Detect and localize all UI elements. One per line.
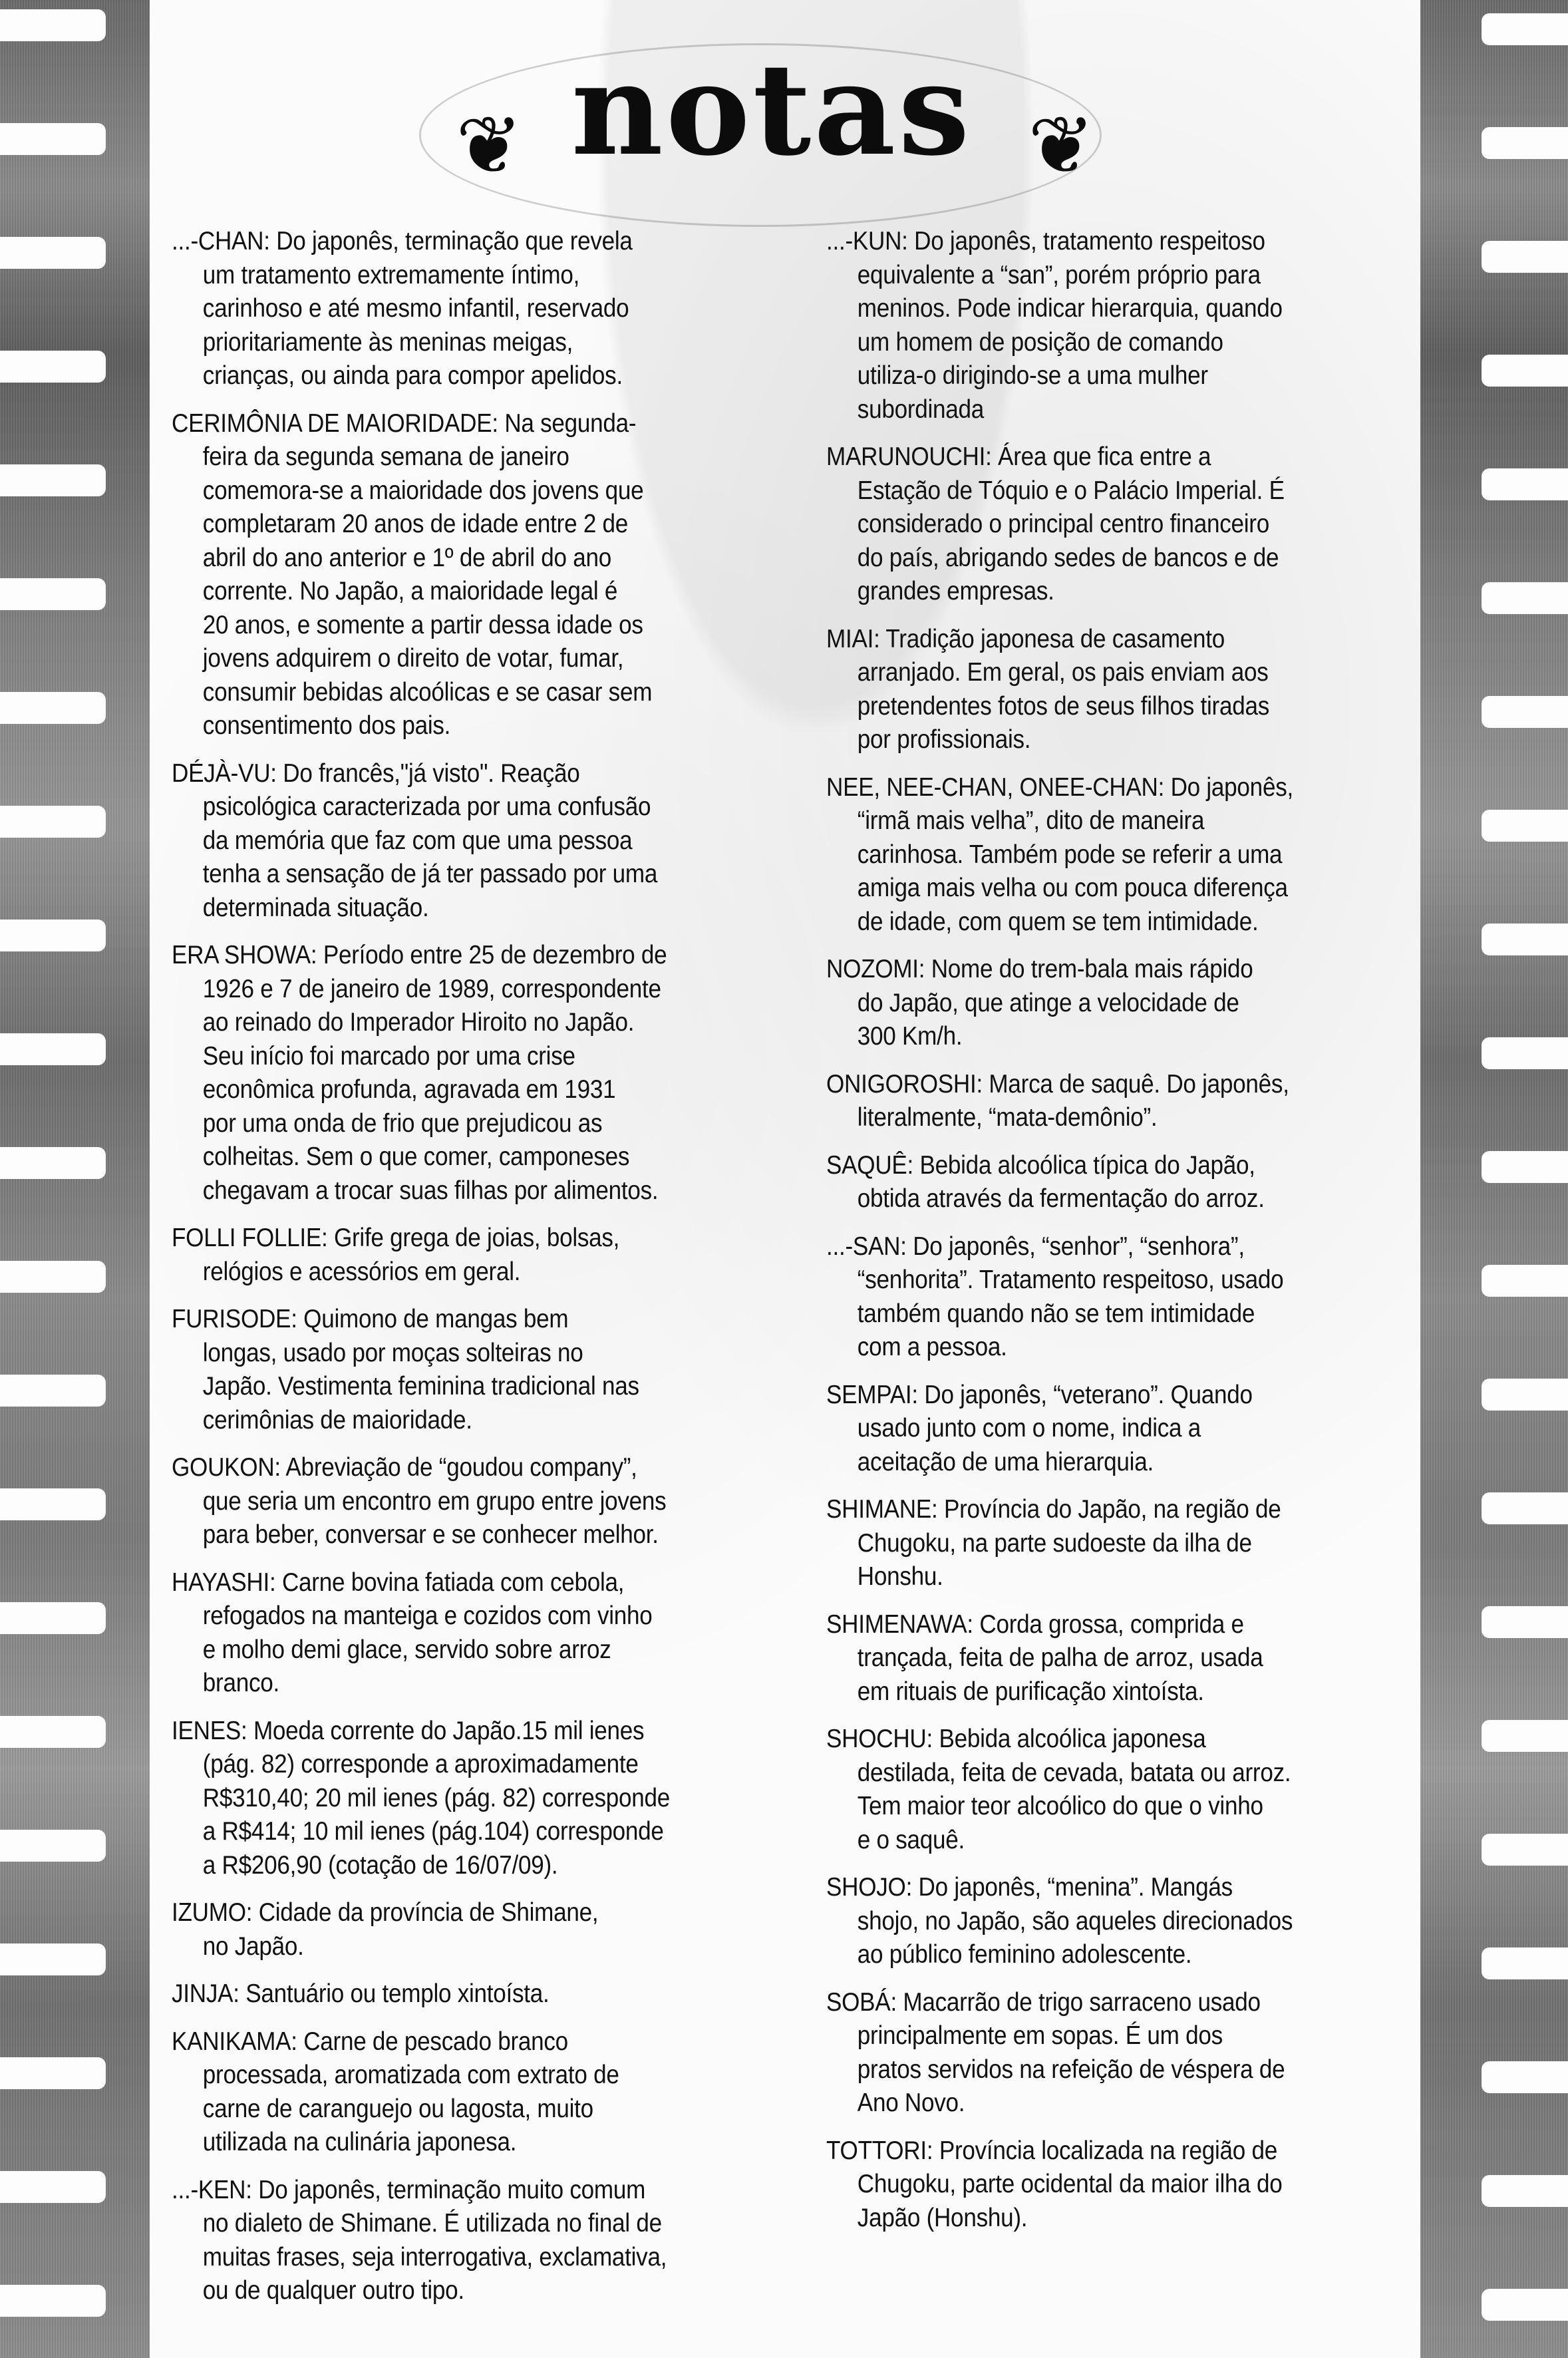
glossary-definition-line: em rituais de purificação xintoísta. [826,1675,1353,1709]
film-perforation [1482,1720,1568,1752]
film-perforation [0,1716,106,1748]
glossary-definition-line: carinhosa. Também pode se referir a uma [826,838,1353,872]
glossary-definition-line: utilizada na culinária japonesa. [172,2126,710,2160]
glossary-definition-line: feira da segunda semana de janeiro [172,440,710,474]
glossary-definition-line: processada, aromatizada com extrato de [172,2059,710,2093]
glossary-entry: TOTTORI: Província localizada na região … [826,2134,1412,2236]
glossary-definition-line: Seu início foi marcado por uma crise [172,1040,710,1074]
glossary-definition-line: e o saquê. [826,1824,1353,1858]
glossary-definition-line: longas, usado por moças solteiras no [172,1337,710,1371]
film-perforation [0,237,106,269]
film-perforation [1482,2289,1568,2321]
film-strip-left [0,0,150,2358]
glossary-entry: KANIKAMA: Carne de pescado brancoprocess… [172,2025,770,2160]
film-perforation [0,1375,106,1407]
glossary-definition-line: e molho demi glace, servido sobre arroz [172,1633,710,1667]
glossary-definition-line: Japão (Honshu). [826,2202,1353,2236]
glossary-definition-line: consentimento dos pais. [172,709,710,743]
glossary-definition-line: determinada situação. [172,892,710,926]
glossary-definition-line: chegavam a trocar suas filhas por alimen… [172,1174,710,1208]
glossary-definition-line: (pág. 82) corresponde a aproximadamente [172,1748,710,1782]
glossary-term-line: DÉJÀ-VU: Do francês,"já visto". Reação [172,757,710,791]
glossary-entry: SEMPAI: Do japonês, “veterano”. Quandous… [826,1379,1412,1480]
glossary-definition-line: um tratamento extremamente íntimo, [172,259,710,293]
film-perforation [0,1488,106,1520]
glossary-entry: SHOCHU: Bebida alcoólica japonesadestila… [826,1723,1412,1857]
glossary-term-line: IZUMO: Cidade da província de Shimane, [172,1896,710,1930]
glossary-entry: SHOJO: Do japonês, “menina”. Mangásshojo… [826,1871,1412,1972]
glossary-definition-line: carne de caranguejo ou lagosta, muito [172,2093,710,2126]
glossary-definition-line: abril do ano anterior e 1º de abril do a… [172,542,710,576]
glossary-definition-line: jovens adquirem o direito de votar, fuma… [172,642,710,676]
glossary-entry: MIAI: Tradição japonesa de casamentoarra… [826,623,1412,757]
film-perforation [0,1147,106,1179]
glossary-entry: SAQUÊ: Bebida alcoólica típica do Japão,… [826,1149,1412,1216]
glossary-definition-line: destilada, feita de cevada, batata ou ar… [826,1757,1353,1790]
glossary-entry: NEE, NEE-CHAN, ONEE-CHAN: Do japonês,“ir… [826,771,1412,939]
glossary-definition-line: utiliza-o dirigindo-se a uma mulher [826,359,1353,393]
glossary-definition-line: da memória que faz com que uma pessoa [172,824,710,858]
glossary-term-line: SHIMENAWA: Corda grossa, comprida e [826,1608,1353,1642]
film-perforation [1482,2175,1568,2207]
film-perforation [1482,696,1568,728]
glossary-definition-line: a R$414; 10 mil ienes (pág.104) correspo… [172,1815,710,1849]
film-perforation [1482,1151,1568,1183]
glossary-term-line: MIAI: Tradição japonesa de casamento [826,623,1353,657]
glossary-definition-line: ao público feminino adolescente. [826,1938,1353,1972]
glossary-entry: SHIMANE: Província do Japão, na região d… [826,1493,1412,1594]
glossary-definition-line: também quando não se tem intimidade [826,1297,1353,1331]
film-perforation [0,9,106,41]
glossary-definition-line: principalmente em sopas. É um dos [826,2019,1353,2053]
film-perforation [0,351,106,383]
glossary-definition-line: corrente. No Japão, a maioridade legal é [172,575,710,609]
glossary-entry: MARUNOUCHI: Área que fica entre aEstação… [826,440,1412,609]
glossary-definition-line: ao reinado do Imperador Hiroito no Japão… [172,1006,710,1040]
glossary-term-line: NEE, NEE-CHAN, ONEE-CHAN: Do japonês, [826,771,1353,805]
glossary-definition-line: de idade, com quem se tem intimidade. [826,906,1353,939]
glossary-definition-line: carinhoso e até mesmo infantil, reservad… [172,292,710,326]
glossary-entry: IZUMO: Cidade da província de Shimane,no… [172,1896,770,1963]
glossary-term-line: FOLLI FOLLIE: Grife grega de joias, bols… [172,1222,710,1256]
glossary-term-line: TOTTORI: Província localizada na região … [826,2134,1353,2168]
glossary-definition-line: que seria um encontro em grupo entre jov… [172,1485,710,1519]
glossary-definition-line: “senhorita”. Tratamento respeitoso, usad… [826,1263,1353,1297]
glossary-definition-line: Japão. Vestimenta feminina tradicional n… [172,1370,710,1404]
glossary-definition-line: Honshu. [826,1560,1353,1594]
film-perforation [1482,810,1568,842]
glossary-definition-line: tenha a sensação de já ter passado por u… [172,858,710,892]
glossary-entry: SOBÁ: Macarrão de trigo sarraceno usadop… [826,1986,1412,2120]
film-perforation [0,806,106,838]
film-strip-right [1420,0,1568,2358]
glossary-page: ❦ notas ❦ ...-CHAN: Do japonês, terminaç… [0,0,1568,2358]
film-perforation [0,2057,106,2089]
glossary-term-line: ERA SHOWA: Período entre 25 de dezembro … [172,939,710,973]
glossary-entry: NOZOMI: Nome do trem-bala mais rápidodo … [826,953,1412,1054]
glossary-term-line: SEMPAI: Do japonês, “veterano”. Quando [826,1379,1353,1413]
film-perforation [0,2171,106,2203]
glossary-term-line: MARUNOUCHI: Área que fica entre a [826,440,1353,474]
glossary-definition-line: relógios e acessórios em geral. [172,1256,710,1289]
glossary-term-line: SHOJO: Do japonês, “menina”. Mangás [826,1871,1353,1905]
film-perforation [1482,1037,1568,1069]
glossary-entry: ...-SAN: Do japonês, “senhor”, “senhora”… [826,1230,1412,1365]
film-perforation [1482,1947,1568,1979]
page-header: ❦ notas ❦ [373,20,1171,180]
film-perforation [1482,582,1568,614]
glossary-definition-line: aceitação de uma hierarquia. [826,1446,1353,1480]
glossary-definition-line: completaram 20 anos de idade entre 2 de [172,508,710,542]
glossary-term-line: ...-CHAN: Do japonês, terminação que rev… [172,225,710,259]
glossary-definition-line: shojo, no Japão, são aqueles direcionado… [826,1905,1353,1939]
glossary-entry: JINJA: Santuário ou templo xintoísta. [172,1977,770,2011]
film-perforation [1482,1379,1568,1411]
film-perforation [1482,355,1568,387]
glossary-definition-line: consumir bebidas alcoólicas e se casar s… [172,676,710,710]
film-perforation [1482,2061,1568,2093]
film-perforation [1482,127,1568,159]
glossary-definition-line: por uma onda de frio que prejudicou as [172,1107,710,1141]
glossary-entry: CERIMÔNIA DE MAIORIDADE: Na segunda-feir… [172,407,770,743]
glossary-definition-line: usado junto com o nome, indica a [826,1412,1353,1446]
glossary-entry: ...-KEN: Do japonês, terminação muito co… [172,2174,770,2308]
glossary-definition-line: a R$206,90 (cotação de 16/07/09). [172,1849,710,1883]
glossary-definition-line: para beber, conversar e se conhecer melh… [172,1518,710,1552]
glossary-definition-line: Chugoku, na parte sudoeste da ilha de [826,1527,1353,1561]
glossary-term-line: ...-KUN: Do japonês, tratamento respeito… [826,225,1353,259]
glossary-term-line: KANIKAMA: Carne de pescado branco [172,2025,710,2059]
film-perforation [0,920,106,951]
glossary-definition-line: considerado o principal centro financeir… [826,508,1353,542]
glossary-definition-line: psicológica caracterizada por uma confus… [172,790,710,824]
glossary-term-line: FURISODE: Quimono de mangas bem [172,1303,710,1337]
glossary-column-right: ...-KUN: Do japonês, tratamento respeito… [826,225,1412,2249]
glossary-definition-line: trançada, feita de palha de arroz, usada [826,1641,1353,1675]
glossary-definition-line: grandes empresas. [826,575,1353,609]
glossary-definition-line: “irmã mais velha”, dito de maneira [826,804,1353,838]
glossary-definition-line: um homem de posição de comando [826,326,1353,360]
film-perforation [0,1033,106,1065]
glossary-definition-line: 20 anos, e somente a partir dessa idade … [172,609,710,643]
glossary-definition-line: pretendentes fotos de seus filhos tirada… [826,690,1353,724]
glossary-term-line: ONIGOROSHI: Marca de saquê. Do japonês, [826,1068,1353,1102]
glossary-definition-line: Ano Novo. [826,2087,1353,2120]
film-perforation [0,1830,106,1862]
film-perforation [0,1261,106,1293]
glossary-term-line: ...-KEN: Do japonês, terminação muito co… [172,2174,710,2208]
film-perforation [0,578,106,610]
glossary-definition-line: Estação de Tóquio e o Palácio Imperial. … [826,474,1353,508]
glossary-entry: IENES: Moeda corrente do Japão.15 mil ie… [172,1715,770,1883]
glossary-definition-line: no dialeto de Shimane. É utilizada no fi… [172,2207,710,2241]
glossary-definition-line: pratos servidos na refeição de véspera d… [826,2053,1353,2087]
film-perforation [1482,241,1568,273]
glossary-definition-line: ou de qualquer outro tipo. [172,2274,710,2308]
glossary-definition-line: meninos. Pode indicar hierarquia, quando [826,292,1353,326]
glossary-term-line: IENES: Moeda corrente do Japão.15 mil ie… [172,1715,710,1749]
glossary-definition-line: 1926 e 7 de janeiro de 1989, corresponde… [172,973,710,1007]
glossary-entry: ONIGOROSHI: Marca de saquê. Do japonês,l… [826,1068,1412,1135]
glossary-entry: FOLLI FOLLIE: Grife grega de joias, bols… [172,1222,770,1289]
glossary-definition-line: R$310,40; 20 mil ienes (pág. 82) corresp… [172,1782,710,1816]
glossary-term-line: SOBÁ: Macarrão de trigo sarraceno usado [826,1986,1353,2020]
glossary-definition-line: crianças, ou ainda para compor apelidos. [172,359,710,393]
film-perforation [0,2285,106,2317]
glossary-term-line: NOZOMI: Nome do trem-bala mais rápido [826,953,1353,987]
glossary-entry: SHIMENAWA: Corda grossa, comprida etranç… [826,1608,1412,1709]
film-perforation [0,464,106,496]
glossary-entry: ERA SHOWA: Período entre 25 de dezembro … [172,939,770,1208]
glossary-definition-line: por profissionais. [826,723,1353,757]
glossary-term-line: JINJA: Santuário ou templo xintoísta. [172,1977,710,2011]
glossary-entry: HAYASHI: Carne bovina fatiada com cebola… [172,1566,770,1701]
glossary-definition-line: 300 Km/h. [826,1020,1353,1054]
film-perforation [1482,1834,1568,1866]
film-perforation [0,123,106,155]
glossary-definition-line: obtida através da fermentação do arroz. [826,1182,1353,1216]
glossary-definition-line: subordinada [826,393,1353,427]
glossary-entry: FURISODE: Quimono de mangas bemlongas, u… [172,1303,770,1437]
glossary-definition-line: arranjado. Em geral, os pais enviam aos [826,656,1353,690]
glossary-entry: ...-KUN: Do japonês, tratamento respeito… [826,225,1412,426]
film-perforation [1482,1265,1568,1297]
glossary-entry: GOUKON: Abreviação de “goudou company”,q… [172,1451,770,1552]
glossary-definition-line: literalmente, “mata-demônio”. [826,1101,1353,1135]
glossary-definition-line: Tem maior teor alcoólico do que o vinho [826,1790,1353,1824]
glossary-definition-line: no Japão. [172,1930,710,1964]
glossary-definition-line: do Japão, que atinge a velocidade de [826,987,1353,1021]
glossary-definition-line: cerimônias de maioridade. [172,1404,710,1438]
glossary-definition-line: muitas frases, seja interrogativa, excla… [172,2241,710,2275]
glossary-definition-line: colheitas. Sem o que comer, camponeses [172,1140,710,1174]
film-perforation [0,1602,106,1634]
film-perforation [0,1943,106,1975]
glossary-definition-line: equivalente a “san”, porém próprio para [826,259,1353,293]
glossary-definition-line: branco. [172,1667,710,1701]
glossary-term-line: HAYASHI: Carne bovina fatiada com cebola… [172,1566,710,1600]
glossary-definition-line: refogados na manteiga e cozidos com vinh… [172,1600,710,1633]
film-perforation [0,692,106,724]
glossary-definition-line: do país, abrigando sedes de bancos e de [826,542,1353,576]
glossary-term-line: ...-SAN: Do japonês, “senhor”, “senhora”… [826,1230,1353,1264]
film-perforation [1482,468,1568,500]
glossary-column-left: ...-CHAN: Do japonês, terminação que rev… [172,225,770,2322]
glossary-definition-line: econômica profunda, agravada em 1931 [172,1073,710,1107]
glossary-term-line: SHOCHU: Bebida alcoólica japonesa [826,1723,1353,1757]
glossary-definition-line: amiga mais velha ou com pouca diferença [826,872,1353,906]
fleur-ornament-icon: ❦ [1028,96,1081,196]
glossary-definition-line: prioritariamente às meninas meigas, [172,326,710,360]
glossary-definition-line: com a pessoa. [826,1331,1353,1365]
film-perforation [1482,1606,1568,1638]
glossary-definition-line: comemora-se a maioridade dos jovens que [172,474,710,508]
glossary-definition-line: Chugoku, parte ocidental da maior ilha d… [826,2168,1353,2202]
glossary-term-line: SHIMANE: Província do Japão, na região d… [826,1493,1353,1527]
film-perforation [1482,13,1568,45]
film-perforation [1482,924,1568,955]
film-perforation [1482,1492,1568,1524]
glossary-term-line: CERIMÔNIA DE MAIORIDADE: Na segunda- [172,407,710,441]
glossary-entry: DÉJÀ-VU: Do francês,"já visto". Reaçãops… [172,757,770,926]
glossary-term-line: GOUKON: Abreviação de “goudou company”, [172,1451,710,1485]
glossary-term-line: SAQUÊ: Bebida alcoólica típica do Japão, [826,1149,1353,1183]
glossary-entry: ...-CHAN: Do japonês, terminação que rev… [172,225,770,393]
